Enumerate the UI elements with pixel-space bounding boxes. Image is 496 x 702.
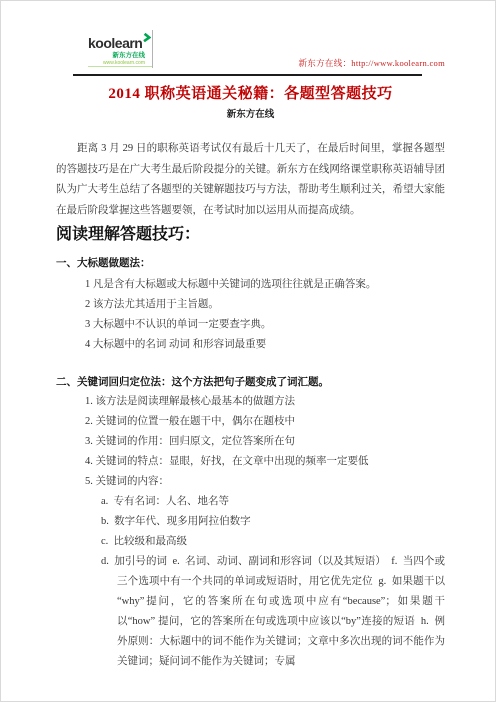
koolearn-logo-text: koolearn [88, 35, 142, 51]
list-item: b. 数字年代、现多用阿拉伯数字 [56, 512, 445, 532]
list-item: 3 大标题中不认识的单词一定要查字典。 [56, 315, 445, 335]
koolearn-logo-wordmark: koolearn [88, 30, 152, 50]
document-header: koolearn 新东方在线 www.koolearn.com 新东方在线：ht… [0, 0, 496, 76]
list-item: 4. 关键词的特点：显眼，好找，在文章中出现的频率一定要低 [56, 452, 445, 472]
list-item: 1. 该方法是阅读理解最核心最基本的做题方法 [56, 392, 445, 412]
koolearn-arrow-icon [143, 30, 151, 44]
koolearn-logo-url: www.koolearn.com [88, 60, 152, 67]
list-item: c. 比较级和最高级 [56, 532, 445, 552]
list-item: a. 专有名词：人名、地名等 [56, 492, 445, 512]
list-item: 4 大标题中的名词 动词 和形容词最重要 [56, 335, 445, 355]
koolearn-logo-chinese: 新东方在线 [88, 52, 152, 60]
list-item-d: d. 加引号的词 e. 名词、动词、副词和形容词（以及其短语） f. 当四个或三… [56, 552, 445, 672]
header-vertical-divider [152, 30, 153, 68]
document-title: 2014 职称英语通关秘籍：各题型答题技巧 [56, 85, 445, 104]
section1-list: 1 凡是含有大标题或大标题中关键词的选项往往就是正确答案。 2 该方法尤其适用于… [56, 275, 445, 355]
document-body: 2014 职称英语通关秘籍：各题型答题技巧 新东方在线 距离 3 月 29 日的… [56, 76, 445, 672]
list-item: 1 凡是含有大标题或大标题中关键词的选项往往就是正确答案。 [56, 275, 445, 295]
intro-paragraph: 距离 3 月 29 日的职称英语考试仅有最后十几天了，在最后时间里，掌握各题型的… [56, 139, 445, 221]
list-item: 2 该方法尤其适用于主旨题。 [56, 295, 445, 315]
section2-heading: 二、关键词回归定位法：这个方法把句子题变成了词汇题。 [56, 375, 445, 389]
list-item: 3. 关键词的作用：回归原文，定位答案所在句 [56, 432, 445, 452]
section2-list: 1. 该方法是阅读理解最核心最基本的做题方法 2. 关键词的位置一般在题干中，偶… [56, 392, 445, 492]
reading-skills-heading: 阅读理解答题技巧： [56, 225, 445, 245]
site-link-text: 新东方在线：http://www.koolearn.com [299, 57, 446, 69]
section1-heading: 一、大标题做题法： [56, 256, 445, 270]
section2-sublist: a. 专有名词：人名、地名等 b. 数字年代、现多用阿拉伯数字 c. 比较级和最… [56, 492, 445, 552]
koolearn-logo: koolearn 新东方在线 www.koolearn.com [88, 30, 152, 67]
document-author: 新东方在线 [56, 109, 445, 121]
list-item: 2. 关键词的位置一般在题干中，偶尔在题枝中 [56, 412, 445, 432]
document-page: koolearn 新东方在线 www.koolearn.com 新东方在线：ht… [0, 0, 496, 702]
list-item: 5. 关键词的内容： [56, 472, 445, 492]
